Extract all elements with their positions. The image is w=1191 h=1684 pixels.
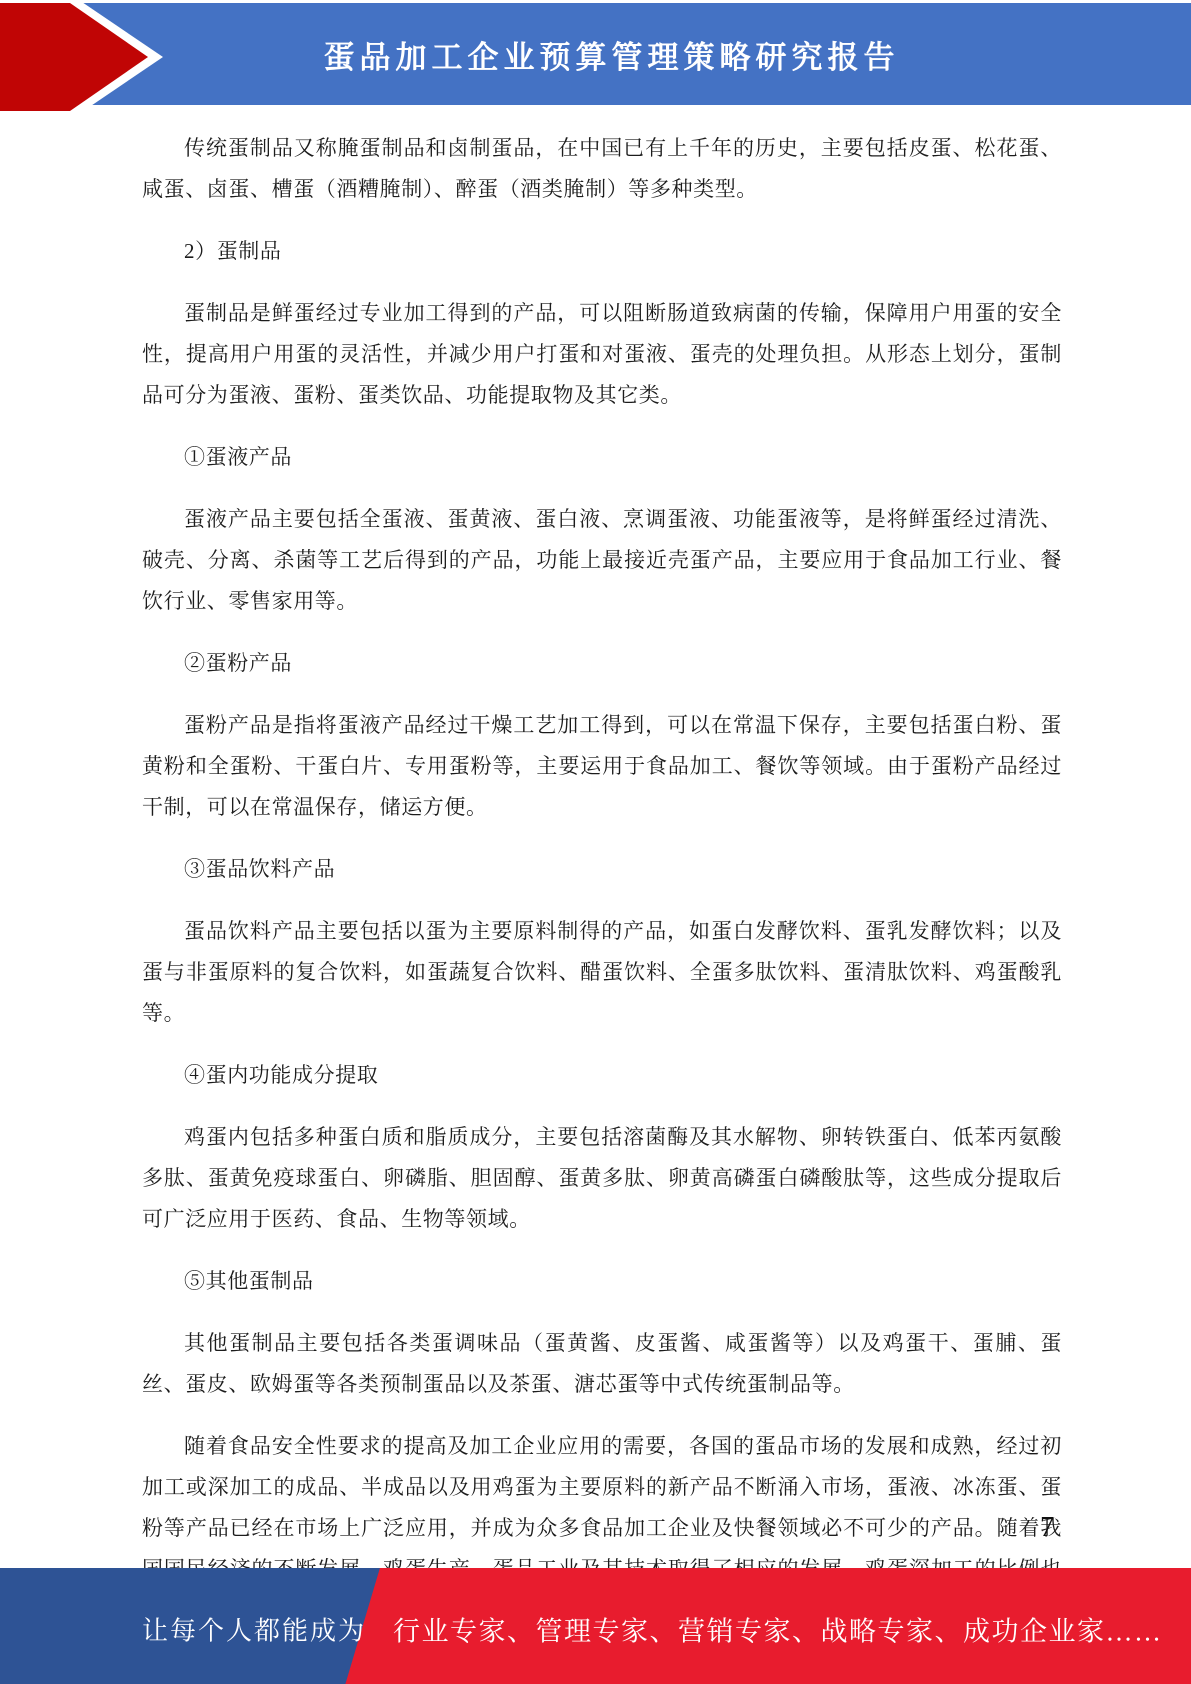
heading-egg-products: 2）蛋制品 [142,231,1062,272]
page-footer: 让每个人都能成为 行业专家、管理专家、营销专家、战略专家、成功企业家…… [0,1568,1191,1684]
paragraph-liquid-egg: 蛋液产品主要包括全蛋液、蛋黄液、蛋白液、烹调蛋液、功能蛋液等，是将鲜蛋经过清洗、… [142,499,1062,622]
heading-egg-powder: ②蛋粉产品 [142,643,1062,684]
paragraph-egg-beverage: 蛋品饮料产品主要包括以蛋为主要原料制得的产品，如蛋白发酵饮料、蛋乳发酵饮料；以及… [142,911,1062,1034]
paragraph-other-egg-products: 其他蛋制品主要包括各类蛋调味品（蛋黄酱、皮蛋酱、咸蛋酱等）以及鸡蛋干、蛋脯、蛋丝… [142,1323,1062,1405]
paragraph-functional-extraction: 鸡蛋内包括多种蛋白质和脂质成分，主要包括溶菌酶及其水解物、卵转铁蛋白、低苯丙氨酸… [142,1117,1062,1240]
report-page: 蛋品加工企业预算管理策略研究报告 传统蛋制品又称腌蛋制品和卤制蛋品，在中国已有上… [0,0,1191,1684]
document-body: 传统蛋制品又称腌蛋制品和卤制蛋品，在中国已有上千年的历史，主要包括皮蛋、松花蛋、… [142,128,1062,1652]
heading-egg-beverage: ③蛋品饮料产品 [142,849,1062,890]
heading-liquid-egg: ①蛋液产品 [142,437,1062,478]
footer-slogan-left: 让每个人都能成为 [142,1611,366,1648]
page-header: 蛋品加工企业预算管理策略研究报告 [0,3,1191,105]
paragraph-traditional-egg-products: 传统蛋制品又称腌蛋制品和卤制蛋品，在中国已有上千年的历史，主要包括皮蛋、松花蛋、… [142,128,1062,210]
footer-slogan-right: 行业专家、管理专家、营销专家、战略专家、成功企业家…… [393,1610,1163,1649]
heading-other-egg-products: ⑤其他蛋制品 [142,1261,1062,1302]
paragraph-egg-powder: 蛋粉产品是指将蛋液产品经过干燥工艺加工得到，可以在常温下保存，主要包括蛋白粉、蛋… [142,705,1062,828]
header-arrow-icon [0,0,170,114]
red-arrow-icon [0,3,148,111]
heading-functional-extraction: ④蛋内功能成分提取 [142,1055,1062,1096]
page-number: 7 [1040,1512,1054,1544]
paragraph-egg-products-overview: 蛋制品是鲜蛋经过专业加工得到的产品，可以阻断肠道致病菌的传输，保障用户用蛋的安全… [142,293,1062,416]
report-title: 蛋品加工企业预算管理策略研究报告 [324,32,900,77]
